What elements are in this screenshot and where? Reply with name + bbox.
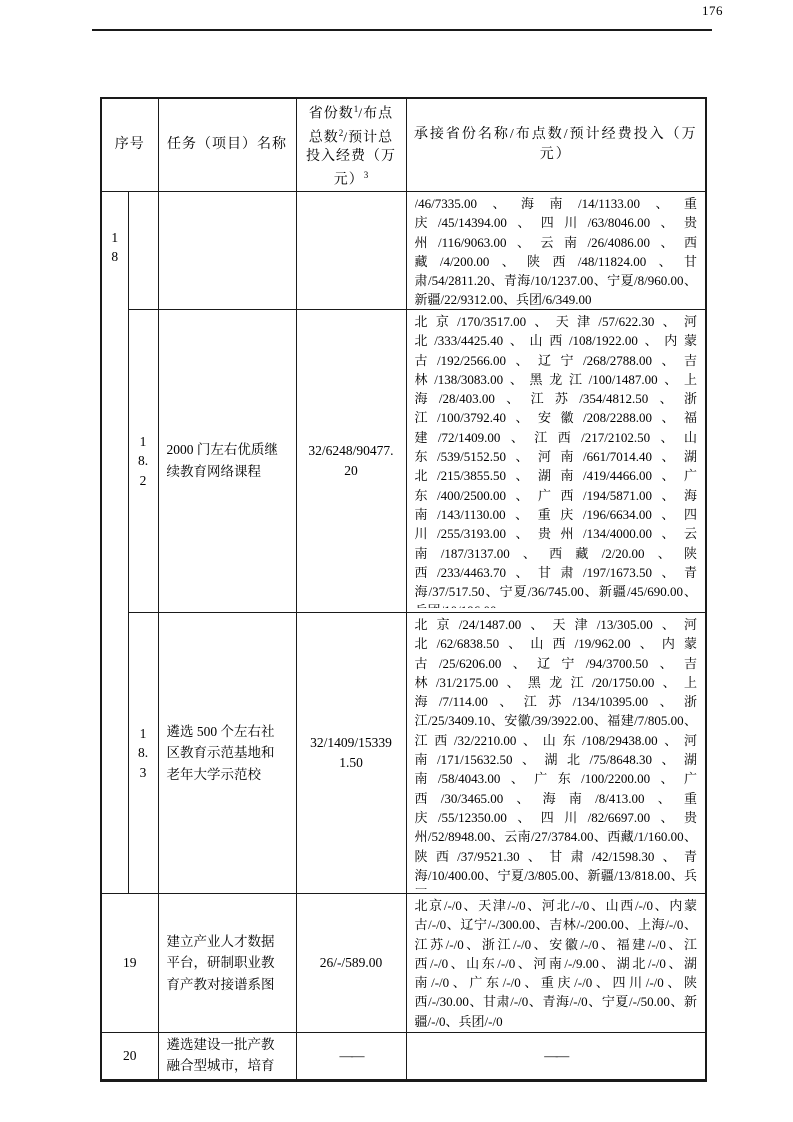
row-18-task xyxy=(158,191,296,309)
header-rule xyxy=(92,29,712,31)
header-summary-text: 省份数 xyxy=(309,107,354,122)
row-18-3-detail-text: 北京/24/1487.00、天津/13/305.00、河北/62/6838.50… xyxy=(415,615,698,889)
table-row-18-3: 1 8. 3 遴选 500 个左右社区教育示范基地和老年大学示范校 32/140… xyxy=(101,612,706,893)
tasks-table: 序号 任务（项目）名称 省份数1/布点总数2/预计总投入经费（万元）3 承接省份… xyxy=(100,97,707,1082)
row-19-detail-text: 北京/-/0、天津/-/0、河北/-/0、山西/-/0、内蒙古/-/0、辽宁/-… xyxy=(415,896,698,1029)
row-18-3-detail: 北京/24/1487.00、天津/13/305.00、河北/62/6838.50… xyxy=(406,612,706,893)
table-row-19: 19 建立产业人才数据平台，研制职业教育产教对接谱系图 26/-/589.00 … xyxy=(101,893,706,1032)
page-number: 176 xyxy=(702,3,723,19)
row-20-serial: 20 xyxy=(101,1032,158,1080)
row-18-2-detail: 北京/170/3517.00、天津/57/622.30、河北/333/4425.… xyxy=(406,309,706,612)
header-detail: 承接省份名称/布点数/预计经费投入（万元） xyxy=(406,98,706,191)
row-18-subserial xyxy=(128,191,158,309)
table-row-18: 1 8 /46/7335.00、海南/14/1133.00、重庆/45/1439… xyxy=(101,191,706,309)
row-18-3-task: 遴选 500 个左右社区教育示范基地和老年大学示范校 xyxy=(158,612,296,893)
row-18-serial: 1 8 xyxy=(101,191,128,893)
row-18-summary xyxy=(296,191,406,309)
row-18-3-serial: 1 8. 3 xyxy=(128,612,158,893)
row-20-task: 遴选建设一批产教融合型城市，培育 xyxy=(158,1032,296,1080)
row-18-detail-text: /46/7335.00、海南/14/1133.00、重庆/45/14394.00… xyxy=(415,194,698,307)
header-task: 任务（项目）名称 xyxy=(158,98,296,191)
row-18-2-summary: 32/6248/90477. 20 xyxy=(296,309,406,612)
header-summary: 省份数1/布点总数2/预计总投入经费（万元）3 xyxy=(296,98,406,191)
header-serial: 序号 xyxy=(101,98,158,191)
row-18-detail: /46/7335.00、海南/14/1133.00、重庆/45/14394.00… xyxy=(406,191,706,309)
row-19-detail: 北京/-/0、天津/-/0、河北/-/0、山西/-/0、内蒙古/-/0、辽宁/-… xyxy=(406,893,706,1032)
row-18-3-summary: 32/1409/15339 1.50 xyxy=(296,612,406,893)
row-20-detail-dash: —— xyxy=(406,1032,706,1080)
document-page: 176 序号 任务（项目）名称 省份数1/布点总数2/预计总投入经费（万元）3 … xyxy=(0,0,793,1122)
row-19-task: 建立产业人才数据平台，研制职业教育产教对接谱系图 xyxy=(158,893,296,1032)
table-row-18-2: 1 8. 2 2000 门左右优质继续教育网络课程 32/6248/90477.… xyxy=(101,309,706,612)
table-row-20: 20 遴选建设一批产教融合型城市，培育 —— —— xyxy=(101,1032,706,1080)
footnote-ref-3: 3 xyxy=(364,170,369,180)
row-18-2-detail-text: 北京/170/3517.00、天津/57/622.30、河北/333/4425.… xyxy=(415,312,698,608)
row-19-serial: 19 xyxy=(101,893,158,1032)
row-19-summary: 26/-/589.00 xyxy=(296,893,406,1032)
row-18-2-task: 2000 门左右优质继续教育网络课程 xyxy=(158,309,296,612)
row-18-2-serial: 1 8. 2 xyxy=(128,309,158,612)
table-header-row: 序号 任务（项目）名称 省份数1/布点总数2/预计总投入经费（万元）3 承接省份… xyxy=(101,98,706,191)
row-20-summary-dash: —— xyxy=(296,1032,406,1080)
